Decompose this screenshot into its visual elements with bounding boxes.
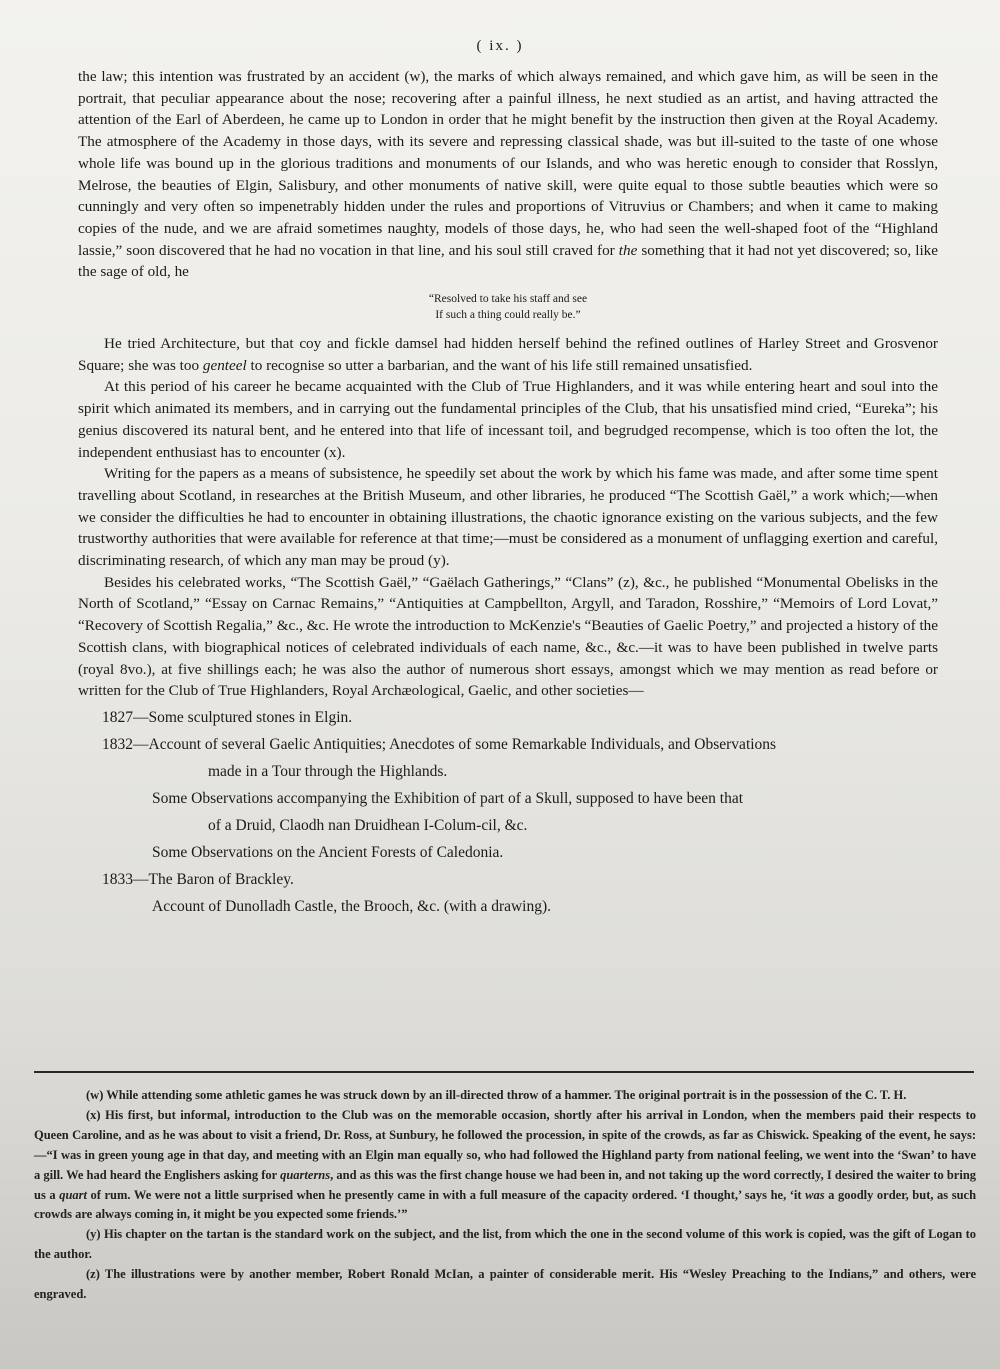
- quote-line: If such a thing could really be.”: [435, 309, 580, 321]
- footnote-divider: [34, 1071, 974, 1073]
- page-number: ( ix. ): [0, 38, 1000, 55]
- footnote-x: (x) His first, but informal, introductio…: [34, 1106, 976, 1225]
- footnotes: (w) While attending some athletic games …: [34, 1086, 976, 1305]
- work-item-continued: of a Druid, Claodh nan Druidhean I-Colum…: [78, 812, 938, 839]
- italic-text: the: [619, 242, 638, 259]
- verse-quote: “Resolved to take his staff and seeIf su…: [78, 291, 938, 323]
- paragraph-5: Besides his celebrated works, “The Scott…: [78, 572, 938, 702]
- paragraph-text: to recognise so utter a barbarian, and t…: [251, 357, 753, 374]
- quote-line: “Resolved to take his staff and see: [429, 293, 587, 305]
- work-item: Account of Dunolladh Castle, the Brooch,…: [78, 893, 938, 920]
- footnote-text: of rum. We were not a little surprised w…: [91, 1188, 802, 1202]
- paragraph-1: the law; this intention was frustrated b…: [78, 66, 938, 283]
- italic-text: quart: [59, 1188, 87, 1202]
- paragraph-2: He tried Architecture, but that coy and …: [78, 333, 938, 376]
- main-text: the law; this intention was frustrated b…: [78, 66, 938, 920]
- paragraph-3: At this period of his career he became a…: [78, 376, 938, 463]
- italic-text: genteel: [203, 357, 247, 374]
- works-list: 1827—Some sculptured stones in Elgin. 18…: [78, 704, 938, 920]
- paragraph-4: Writing for the papers as a means of sub…: [78, 463, 938, 572]
- paragraph-text: the law; this intention was frustrated b…: [78, 68, 938, 259]
- work-item: Some Observations on the Ancient Forests…: [78, 839, 938, 866]
- work-item: 1833—The Baron of Brackley.: [78, 866, 938, 893]
- italic-text: quarterns: [280, 1168, 330, 1182]
- footnote-y: (y) His chapter on the tartan is the sta…: [34, 1225, 976, 1265]
- footnote-z: (z) The illustrations were by another me…: [34, 1265, 976, 1305]
- work-item: 1832—Account of several Gaelic Antiquiti…: [78, 731, 938, 758]
- footnote-w: (w) While attending some athletic games …: [34, 1086, 976, 1106]
- work-item: 1827—Some sculptured stones in Elgin.: [78, 704, 938, 731]
- book-page: ( ix. ) the law; this intention was frus…: [0, 0, 1000, 1369]
- italic-text: was: [805, 1188, 824, 1202]
- work-item-continued: made in a Tour through the Highlands.: [78, 758, 938, 785]
- work-item: Some Observations accompanying the Exhib…: [78, 785, 938, 812]
